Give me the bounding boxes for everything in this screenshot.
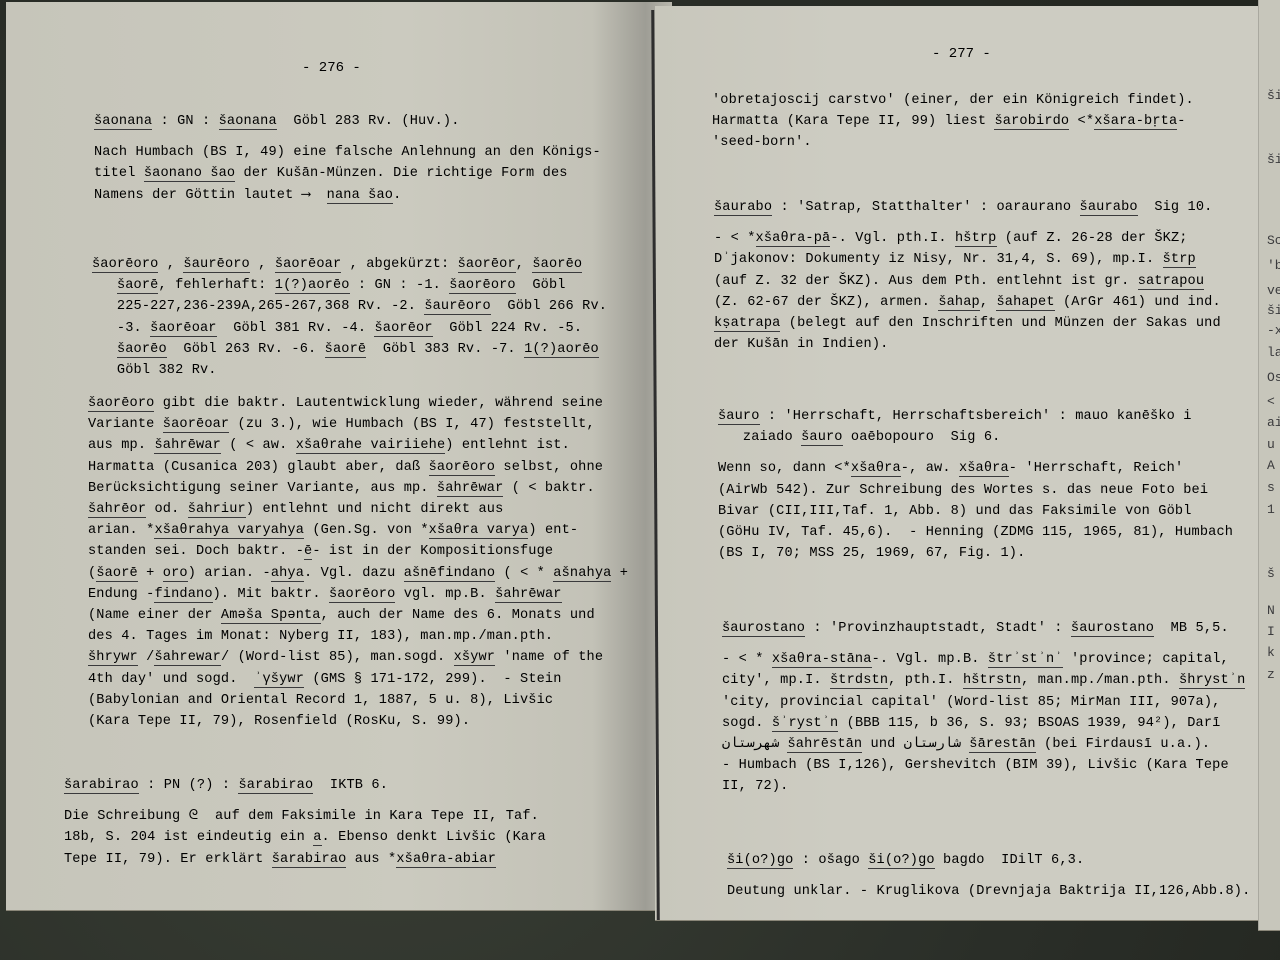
next-page-fragment: 1 [1267,502,1275,517]
text-line: - < *xšaθra-pā-. Vgl. pth.I. hštrp (auf … [714,228,1221,249]
next-page-fragment: A [1267,458,1275,473]
text-line: city', mp.I. štrdstn, pth.I. hštrstn, ma… [722,670,1245,691]
text-line: Harmatta (Kara Tepe II, 99) liest šarobi… [712,111,1194,132]
next-page-fragment: 'b [1267,258,1280,273]
text-line: ši(o?)go : ošago ši(o?)go bagdo IDilT 6,… [727,850,1250,871]
text-line: Harmatta (Cusanica 203) glaubt aber, daß… [88,457,628,478]
blank-line [714,218,1221,228]
text-line: (Name einer der Aməša Spənta, auch der N… [88,605,628,626]
text-line: šaorēoro , šaurēoro , šaorēoar , abgekür… [92,254,607,275]
next-page-fragment: ši [1267,88,1280,103]
text-line: sogd. šʾrystʾn (BBB 115, b 36, S. 93; BS… [722,713,1245,734]
text-line: 'seed-born'. [712,132,1194,153]
next-page-fragment: < [1267,394,1275,409]
text-line: Göbl 382 Rv. [92,360,607,381]
blank-line [94,132,601,142]
next-page-fragment: ši [1267,303,1280,318]
text-line: des 4. Tages im Monat: Nyberg II, 183), … [88,626,628,647]
text-line: Namens der Göttin lautet ⟶ nana šao. [94,185,601,206]
next-page-fragment: ve [1267,283,1280,298]
text-line: titel šaonano šao der Kušān-Münzen. Die … [94,163,601,184]
text-line: (šaorē + oro) arian. -ahya. Vgl. dazu aš… [88,563,628,584]
blank-line [718,448,1233,458]
text-line: -3. šaorēoar Göbl 381 Rv. -4. šaorēor Gö… [92,318,607,339]
text-line: šaurabo : 'Satrap, Statthalter' : oaraur… [714,197,1221,218]
text-line: standen sei. Doch baktr. -ē- ist in der … [88,541,628,562]
text-line: Die Schreibung ᘓ auf dem Faksimile in Ka… [64,806,546,827]
text-line: 'city, provincial capital' (Word-list 85… [722,692,1245,713]
next-page-edge: šišiSc'bveši-xlaOs<aiuAs1šNIkz [1258,0,1280,930]
blank-line [64,796,546,806]
entry-saonana: šaonana : GN : šaonana Göbl 283 Rv. (Huv… [94,111,601,206]
text-line: šaorēo Göbl 263 Rv. -6. šaorē Göbl 383 R… [92,339,607,360]
text-line: 18b, S. 204 ist eindeutig ein a. Ebenso … [64,827,546,848]
text-line: aus mp. šahrēwar ( < aw. xšaθrahe vairii… [88,435,628,456]
next-page-fragment: -x [1267,323,1280,338]
text-line: شهرستان šahrēstān und شارستان šārestān (… [722,734,1245,755]
entry-saoreoro-discussion: šaorēoro gibt die baktr. Lautentwicklung… [88,393,628,732]
text-line: 4th day' und sogd. ʾγšywr (GMS § 171-172… [88,669,628,690]
text-line: II, 72). [722,776,1245,797]
next-page-fragment: s [1267,480,1275,495]
entry-saurabo: šaurabo : 'Satrap, Statthalter' : oaraur… [714,197,1221,355]
text-line: (auf Z. 32 der ŠKZ). Aus dem Pth. entleh… [714,271,1221,292]
next-page-fragment: Os [1267,370,1280,385]
text-line: Wenn so, dann <*xšaθra-, aw. xšaθra- 'He… [718,458,1233,479]
text-line: Dʾjakonov: Dokumenty iz Nisy, Nr. 31,4, … [714,249,1221,270]
next-page-fragment: z [1267,667,1275,682]
text-line: - Humbach (BS I,126), Gershevitch (BIM 3… [722,755,1245,776]
text-line: Deutung unklar. - Kruglikova (Drevnjaja … [727,881,1250,902]
text-line: šaorēoro gibt die baktr. Lautentwicklung… [88,393,628,414]
next-page-fragment: Sc [1267,233,1280,248]
page-number-left: - 276 - [302,60,361,76]
text-line: Variante šaorēoar (zu 3.), wie Humbach (… [88,414,628,435]
next-page-fragment: ši [1267,152,1280,167]
next-page-fragment: u [1267,437,1275,452]
text-line: arian. *xšaθrahya varyahya (Gen.Sg. von … [88,520,628,541]
text-line: šarabirao : PN (?) : šarabirao IKTB 6. [64,775,546,796]
text-line: (AirWb 542). Zur Schreibung des Wortes s… [718,480,1233,501]
text-line: der Kušān in Indien). [714,334,1221,355]
entry-saurostano: šaurostano : 'Provinzhauptstadt, Stadt' … [722,618,1245,798]
text-line: šaonana : GN : šaonana Göbl 283 Rv. (Huv… [94,111,601,132]
page-number-right: - 277 - [932,46,991,62]
text-line: 225-227,236-239A,265-267,368 Rv. -2. šau… [92,296,607,317]
next-page-fragment: I [1267,624,1275,639]
text-line: šaorē, fehlerhaft: 1(?)aorēo : GN : -1. … [92,275,607,296]
text-line: kṣatrapa (belegt auf den Inschriften und… [714,313,1221,334]
text-line: (GöHu IV, Taf. 45,6). - Henning (ZDMG 11… [718,522,1233,543]
text-line: Berücksichtigung seiner Variante, aus mp… [88,478,628,499]
text-line: šhrywr /šahrewar/ (Word-list 85), man.so… [88,647,628,668]
next-page-fragment: ai [1267,415,1280,430]
text-line: (Babylonian and Oriental Record 1, 1887,… [88,690,628,711]
entry-sarabirao: šarabirao : PN (?) : šarabirao IKTB 6. D… [64,775,546,870]
next-page-fragment: la [1267,345,1280,360]
text-line: (Kara Tepe II, 79), Rosenfield (RosKu, S… [88,711,628,732]
text-line: Bivar (CII,III,Taf. 1, Abb. 8) und das F… [718,501,1233,522]
entry-siogo: ši(o?)go : ošago ši(o?)go bagdo IDilT 6,… [727,850,1250,902]
text-line: zaiado šauro oaēbopouro Sig 6. [718,427,1233,448]
text-line: Endung -findano). Mit baktr. šaorēoro vg… [88,584,628,605]
text-line: šahrēor od. šahriur) entlehnt und nicht … [88,499,628,520]
entry-sauro: šauro : 'Herrschaft, Herrschaftsbereich'… [718,406,1233,564]
text-line: 'obretajoscij carstvo' (einer, der ein K… [712,90,1194,111]
text-line: (BS I, 70; MSS 25, 1969, 67, Fig. 1). [718,543,1233,564]
text-line: (Z. 62-67 der ŠKZ), armen. šahap, šahape… [714,292,1221,313]
text-line: šauro : 'Herrschaft, Herrschaftsbereich'… [718,406,1233,427]
next-page-fragment: k [1267,645,1275,660]
text-line: Tepe II, 79). Er erklärt šarabirao aus *… [64,849,546,870]
blank-line [722,639,1245,649]
next-page-fragment: N [1267,603,1275,618]
next-page-fragment: š [1267,566,1275,581]
blank-line [727,871,1250,881]
text-line: Nach Humbach (BS I, 49) eine falsche Anl… [94,142,601,163]
entry-sarabirao-continued: 'obretajoscij carstvo' (einer, der ein K… [712,90,1194,154]
entry-saoreoro: šaorēoro , šaurēoro , šaorēoar , abgekür… [92,254,607,381]
text-line: - < * xšaθra-stāna-. Vgl. mp.B. štrʾstʾn… [722,649,1245,670]
text-line: šaurostano : 'Provinzhauptstadt, Stadt' … [722,618,1245,639]
